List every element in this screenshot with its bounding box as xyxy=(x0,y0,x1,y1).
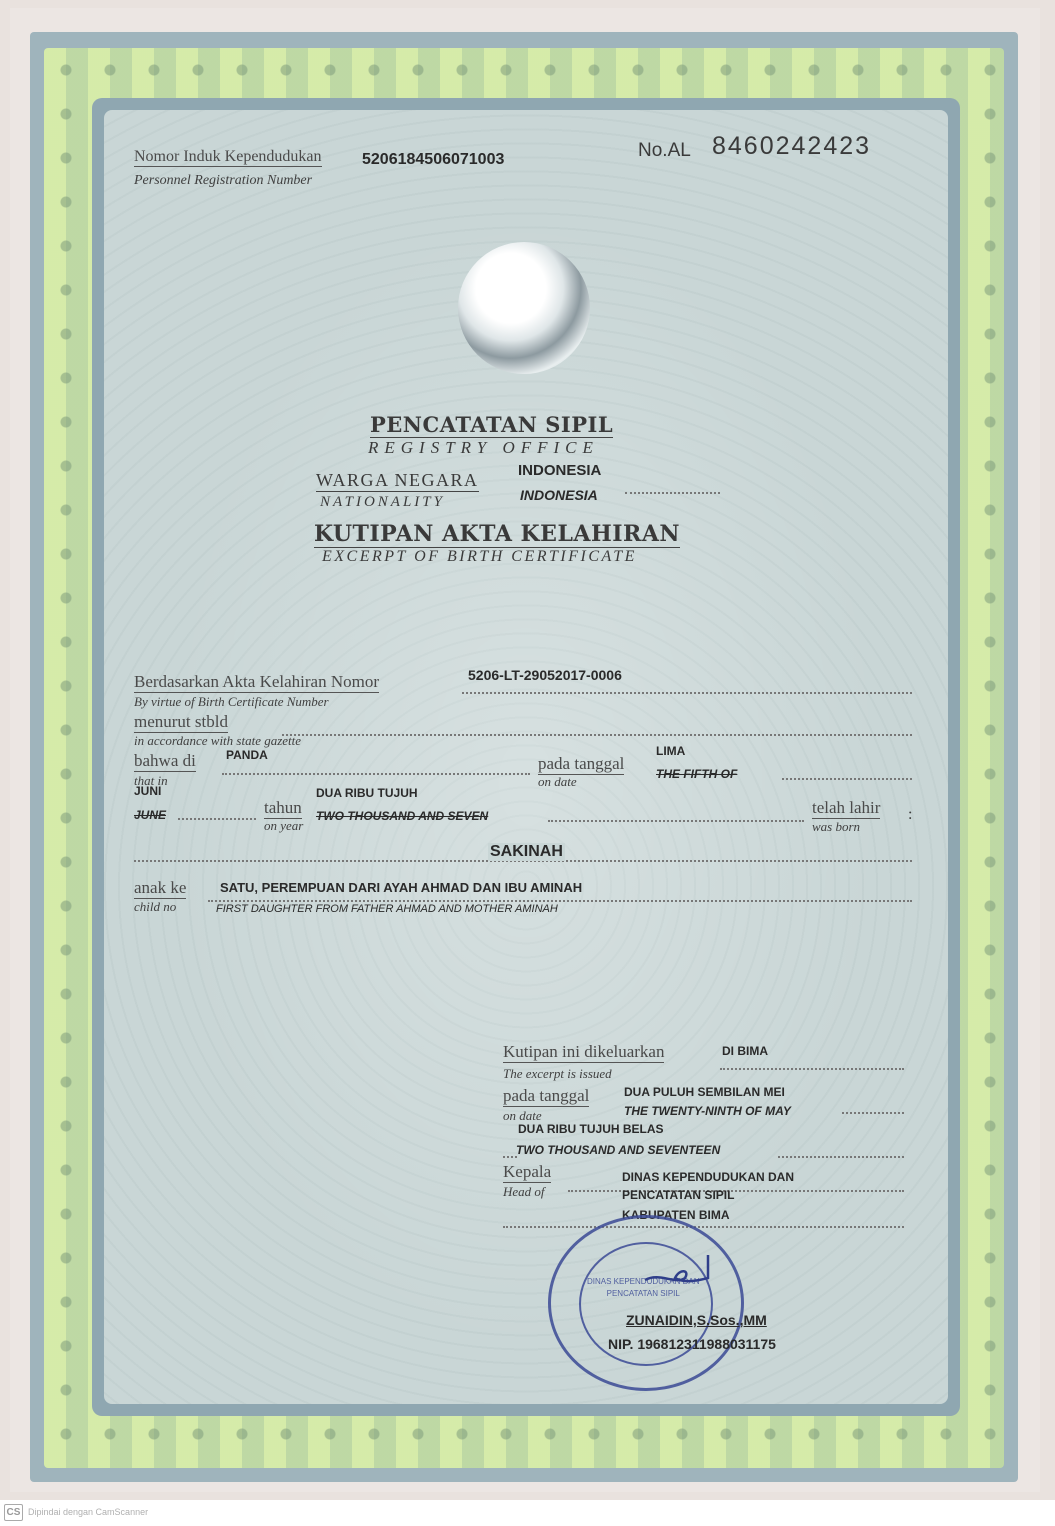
dotted-line xyxy=(778,1156,904,1158)
dotted-line xyxy=(720,1068,904,1070)
place-value: PANDA xyxy=(226,748,268,762)
nationality-label: WARGA NEGARA xyxy=(316,470,479,492)
year-label: tahun xyxy=(264,798,302,819)
signatory-name: ZUNAIDIN,S.Sos.,MM xyxy=(626,1312,767,1328)
dotted-line xyxy=(462,692,912,694)
born-label-en: was born xyxy=(812,819,860,835)
child-name: SAKINAH xyxy=(488,843,565,861)
dotted-line xyxy=(503,1226,904,1228)
serial-number: 8460242423 xyxy=(712,132,871,161)
dotted-line xyxy=(842,1112,904,1114)
nik-label-en: Personnel Registration Number xyxy=(134,173,312,189)
dotted-line xyxy=(782,778,912,780)
issue-year-value: DUA RIBU TUJUH BELAS xyxy=(518,1122,664,1136)
dotted-line xyxy=(282,734,912,736)
issued-value: DI BIMA xyxy=(722,1044,768,1058)
cert-number-label-en: By virtue of Birth Certificate Number xyxy=(134,694,329,710)
date-label: pada tanggal xyxy=(538,754,624,775)
nik-label: Nomor Induk Kependudukan xyxy=(134,148,322,167)
nationality-value: INDONESIA xyxy=(518,462,601,479)
office-title-en: REGISTRY OFFICE xyxy=(368,438,599,458)
dotted-line xyxy=(625,492,720,494)
nationality-value-en: INDONESIA xyxy=(520,487,598,503)
issue-date-value-en: THE TWENTY-NINTH OF MAY xyxy=(624,1104,791,1118)
scanner-footer: CS Dipindai dengan CamScanner xyxy=(0,1500,1055,1526)
official-stamp: DINAS KEPENDUDUKAN DAN PENCATATAN SIPIL xyxy=(548,1215,744,1391)
scanner-watermark-text: Dipindai dengan CamScanner xyxy=(28,1507,148,1517)
issued-label: Kutipan ini dikeluarkan xyxy=(503,1042,664,1063)
office-title: PENCATATAN SIPIL xyxy=(370,412,613,438)
dotted-line xyxy=(208,900,912,902)
stbld-label-en: in accordance with state gazette xyxy=(134,733,301,749)
head-value-line1: DINAS KEPENDUDUKAN DAN xyxy=(622,1170,794,1184)
cert-number-label: Berdasarkan Akta Kelahiran Nomor xyxy=(134,672,379,693)
dotted-line xyxy=(568,1190,904,1192)
document-title-en: EXCERPT OF BIRTH CERTIFICATE xyxy=(322,548,637,566)
month-value: JUNI xyxy=(134,784,161,798)
date-label-en: on date xyxy=(538,774,577,790)
dotted-line xyxy=(178,818,256,820)
head-label: Kepala xyxy=(503,1162,551,1183)
born-label: telah lahir xyxy=(812,798,880,819)
issue-date-label: pada tanggal xyxy=(503,1086,589,1107)
date-value-en: THE FIFTH OF xyxy=(656,767,737,781)
cert-number-value: 5206-LT-29052017-0006 xyxy=(468,667,622,683)
stbld-label: menurut stbld xyxy=(134,712,228,733)
issue-year-value-en: TWO THOUSAND AND SEVENTEEN xyxy=(516,1143,720,1157)
month-value-en: JUNE xyxy=(134,808,166,822)
dotted-line xyxy=(503,1156,517,1158)
head-label-en: Head of xyxy=(503,1184,545,1200)
place-label: bahwa di xyxy=(134,751,196,772)
camscanner-logo-icon: CS xyxy=(4,1504,23,1521)
date-value: LIMA xyxy=(656,744,685,758)
signatory-nip: NIP. 196812311988031175 xyxy=(608,1336,776,1352)
dotted-line xyxy=(548,820,804,822)
document-title: KUTIPAN AKTA KELAHIRAN xyxy=(314,521,680,548)
head-value-line2: PENCATATAN SIPIL xyxy=(622,1188,734,1202)
dotted-line xyxy=(222,773,530,775)
year-value-en: TWO THOUSAND AND SEVEN xyxy=(316,809,488,823)
colon: : xyxy=(908,806,912,824)
signature xyxy=(640,1250,720,1300)
year-value: DUA RIBU TUJUH xyxy=(316,786,418,800)
year-label-en: on year xyxy=(264,818,303,834)
serial-prefix: No.AL xyxy=(638,140,691,162)
hologram-seal xyxy=(458,242,590,374)
child-value: SATU, PEREMPUAN DARI AYAH AHMAD DAN IBU … xyxy=(220,880,582,895)
nik-value: 5206184506071003 xyxy=(362,151,504,169)
issued-label-en: The excerpt is issued xyxy=(503,1066,612,1082)
nationality-label-en: NATIONALITY xyxy=(320,494,445,511)
child-value-en: FIRST DAUGHTER FROM FATHER AHMAD AND MOT… xyxy=(216,903,558,915)
child-label-en: child no xyxy=(134,899,176,915)
issue-date-value: DUA PULUH SEMBILAN MEI xyxy=(624,1085,785,1099)
child-label: anak ke xyxy=(134,878,186,899)
